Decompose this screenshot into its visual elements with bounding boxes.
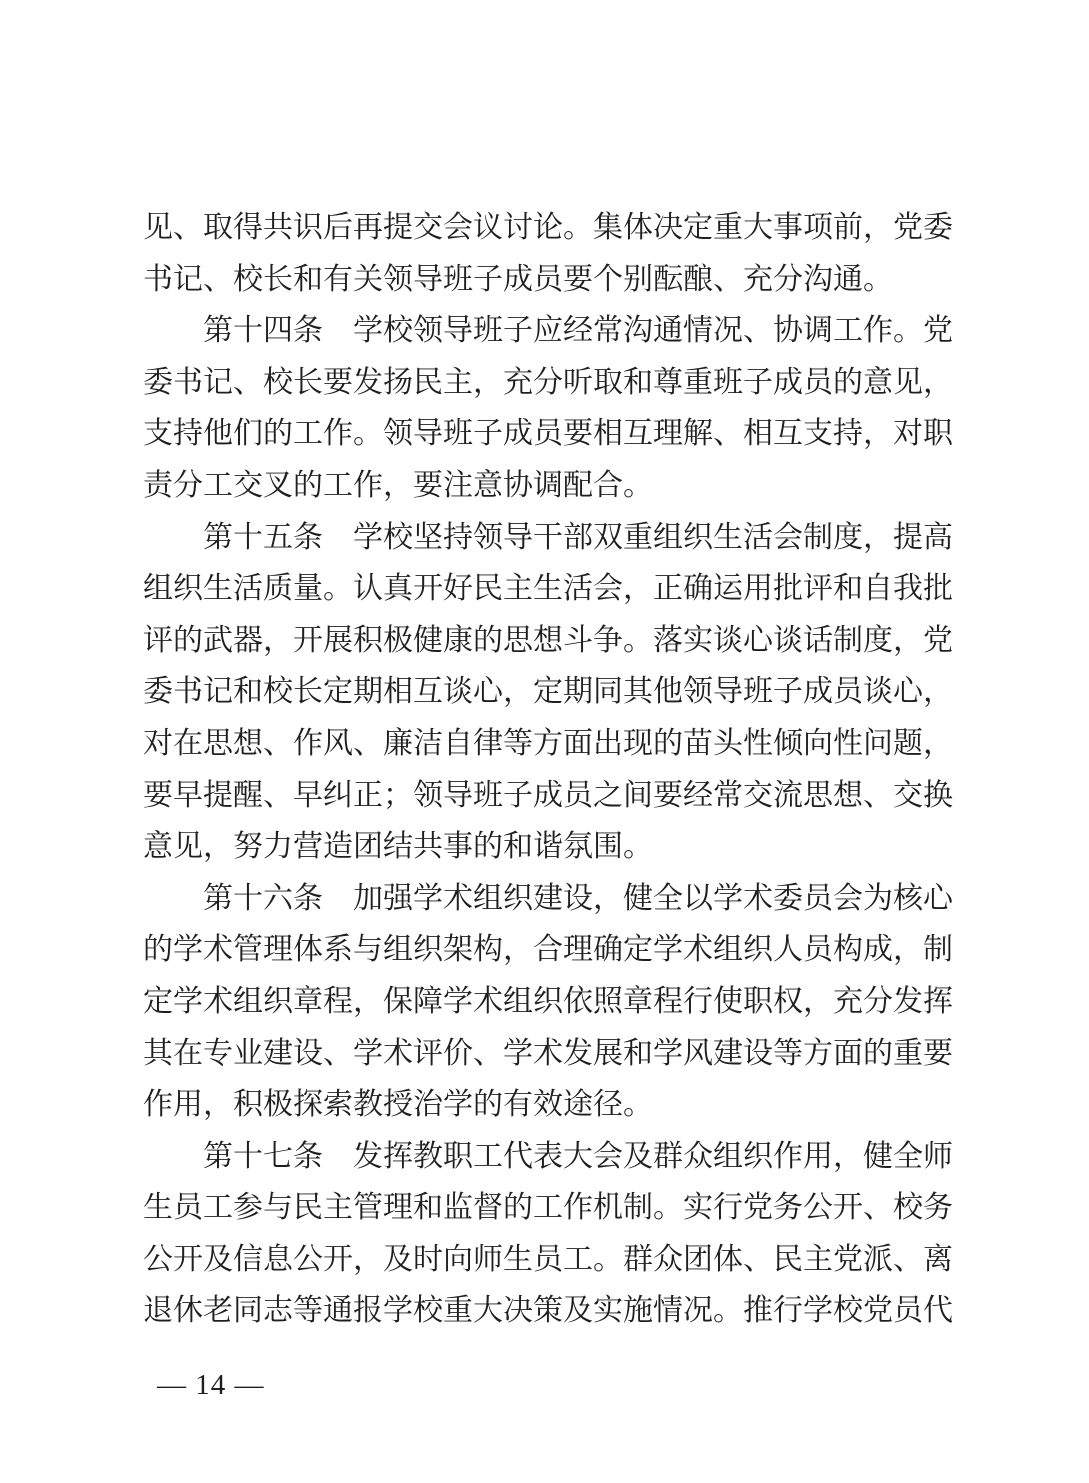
text-line: 责分工交叉的工作，要注意协调配合。: [143, 460, 953, 512]
text-line: 作用，积极探索教授治学的有效途径。: [143, 1079, 953, 1131]
text-line: 评的武器，开展积极健康的思想斗争。落实谈心谈话制度，党: [143, 615, 953, 667]
text-line: 其在专业建设、学术评价、学术发展和学风建设等方面的重要: [143, 1028, 953, 1080]
text-line: 组织生活质量。认真开好民主生活会，正确运用批评和自我批: [143, 563, 953, 615]
text-line-article-15: 第十五条 学校坚持领导干部双重组织生活会制度，提高: [143, 512, 953, 564]
text-line: 委书记、校长要发扬民主，充分听取和尊重班子成员的意见，: [143, 357, 953, 409]
page-number-footer: — 14 —: [157, 1363, 265, 1407]
text-line: 委书记和校长定期相互谈心，定期同其他领导班子成员谈心，: [143, 666, 953, 718]
text-line: 意见，努力营造团结共事的和谐氛围。: [143, 821, 953, 873]
text-line: 支持他们的工作。领导班子成员要相互理解、相互支持，对职: [143, 408, 953, 460]
text-line: 对在思想、作风、廉洁自律等方面出现的苗头性倾向性问题，: [143, 718, 953, 770]
text-line: 公开及信息公开，及时向师生员工。群众团体、民主党派、离: [143, 1234, 953, 1286]
text-line: 要早提醒、早纠正；领导班子成员之间要经常交流思想、交换: [143, 770, 953, 822]
text-block: 见、取得共识后再提交会议讨论。集体决定重大事项前，党委 书记、校长和有关领导班子…: [143, 202, 953, 1337]
document-page: 见、取得共识后再提交会议讨论。集体决定重大事项前，党委 书记、校长和有关领导班子…: [0, 0, 1089, 1483]
text-line: 的学术管理体系与组织架构，合理确定学术组织人员构成，制: [143, 924, 953, 976]
text-line-article-16: 第十六条 加强学术组织建设，健全以学术委员会为核心: [143, 873, 953, 925]
text-line: 退休老同志等通报学校重大决策及实施情况。推行学校党员代: [143, 1285, 953, 1337]
text-line: 书记、校长和有关领导班子成员要个别酝酿、充分沟通。: [143, 254, 953, 306]
text-line-article-14: 第十四条 学校领导班子应经常沟通情况、协调工作。党: [143, 305, 953, 357]
text-line: 生员工参与民主管理和监督的工作机制。实行党务公开、校务: [143, 1182, 953, 1234]
text-line: 定学术组织章程，保障学术组织依照章程行使职权，充分发挥: [143, 976, 953, 1028]
text-line-article-17: 第十七条 发挥教职工代表大会及群众组织作用，健全师: [143, 1131, 953, 1183]
text-line: 见、取得共识后再提交会议讨论。集体决定重大事项前，党委: [143, 202, 953, 254]
